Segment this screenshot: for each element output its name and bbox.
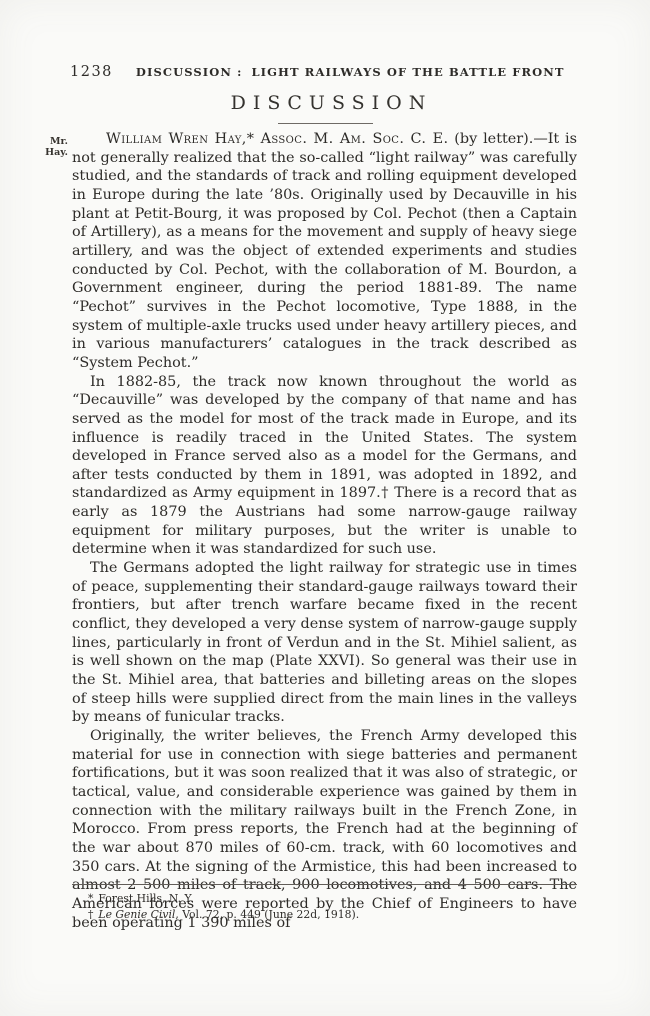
footnote-rule xyxy=(72,884,577,885)
margin-note-speaker: Mr. Hay. xyxy=(24,136,68,158)
section-title: DISCUSSION xyxy=(72,92,584,114)
margin-note-line1: Mr. xyxy=(24,136,68,147)
paragraph-2: In 1882-85, the track now known througho… xyxy=(72,373,577,560)
page-number: 1238 xyxy=(70,64,113,80)
author-name-smallcaps: William Wren Hay,* Assoc. M. Am. Soc. C.… xyxy=(106,131,449,147)
paragraph-2-text: In 1882-85, the track now known througho… xyxy=(72,374,577,558)
document-page: 1238 DISCUSSION : LIGHT RAILWAYS OF THE … xyxy=(0,0,650,1016)
running-header-section: DISCUSSION : xyxy=(136,65,243,79)
footnote-1-marker: * xyxy=(88,892,93,905)
footnote-1-text: Forest Hills, N. Y. xyxy=(98,892,193,905)
title-rule xyxy=(278,123,373,124)
footnote-1: *Forest Hills, N. Y. xyxy=(72,891,577,907)
running-header-title: LIGHT RAILWAYS OF THE BATTLE FRONT xyxy=(251,65,564,79)
body-text-column: William Wren Hay,* Assoc. M. Am. Soc. C.… xyxy=(72,130,577,932)
footnote-2: †Le Genie Civil, Vol. 72, p. 449 (June 2… xyxy=(72,907,577,923)
footnote-2-text: , Vol. 72, p. 449 (June 22d, 1918). xyxy=(175,908,359,921)
margin-note-line2: Hay. xyxy=(24,147,68,158)
paragraph-3-text: The Germans adopted the light railway fo… xyxy=(72,560,577,725)
running-header: 1238 DISCUSSION : LIGHT RAILWAYS OF THE … xyxy=(70,64,565,80)
footnotes-block: *Forest Hills, N. Y. †Le Genie Civil, Vo… xyxy=(72,884,577,922)
paragraph-1: William Wren Hay,* Assoc. M. Am. Soc. C.… xyxy=(72,130,577,373)
footnote-2-source: Le Genie Civil xyxy=(98,908,175,921)
paragraph-3: The Germans adopted the light railway fo… xyxy=(72,559,577,727)
paragraph-1-text: (by letter).—It is not generally realize… xyxy=(72,131,577,371)
footnote-2-marker: † xyxy=(88,908,93,921)
